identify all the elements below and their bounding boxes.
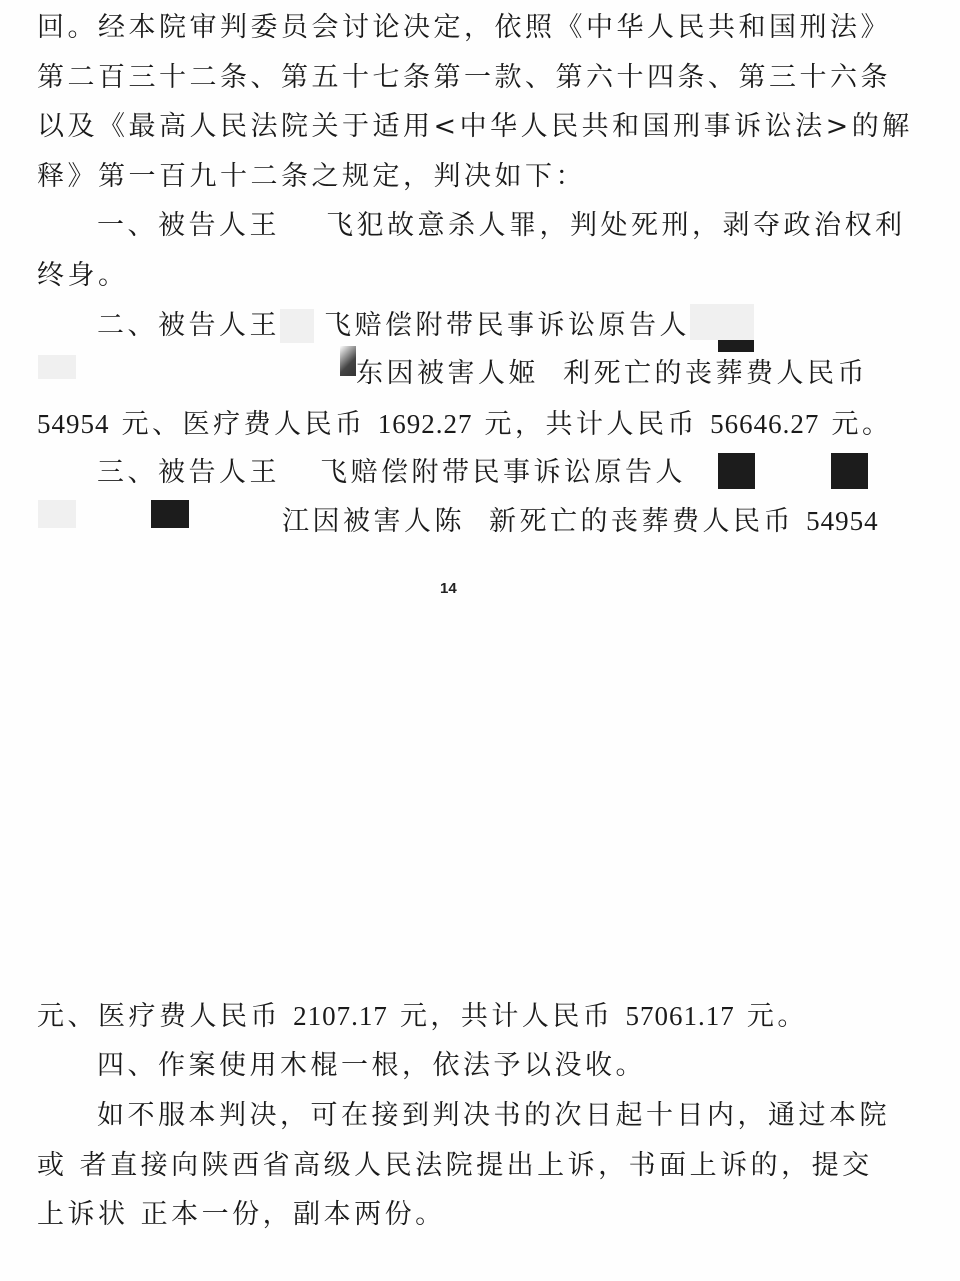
redaction-box [690, 304, 754, 340]
redaction-box [38, 355, 76, 379]
victim-2-text-a: 江因被害人陈 [282, 506, 465, 538]
verdict-item-2: 二、被告人王飞赔偿附带民事诉讼原告人 [97, 309, 937, 343]
appeal-notice-line-1: 如不服本判决，可在接到判决书的次日起十日内，通过本院 [97, 1100, 937, 1132]
verdict-item-3-prefix: 三、被告人王 [97, 457, 280, 489]
amount-medical-1: 1692.27 [378, 408, 473, 440]
appeal-notice-line-3: 上诉状 正本一份，副本两份。 [37, 1199, 877, 1231]
text-line-3: 以及《最高人民法院关于适用<中华人民共和国刑事诉讼法>的解 [37, 111, 877, 143]
redaction-box [280, 309, 314, 343]
redaction-box [151, 500, 189, 528]
text-line-12: 元、医疗费人民币 2107.17 元，共计人民币 57061.17 元。 [37, 1000, 877, 1033]
verdict-item-4: 四、作案使用木棍一根，依法予以没收。 [97, 1050, 937, 1082]
text-line-2: 第二百三十二条、第五十七条第一款、第六十四条、第三十六条 [37, 62, 877, 94]
text-line-1: 回。经本院审判委员会讨论决定，依照《中华人民共和国刑法》 [37, 12, 877, 44]
text-segment: 元，共计人民币 [485, 409, 699, 441]
verdict-item-3: 三、被告人王飞赔偿附带民事诉讼原告人 [97, 457, 937, 489]
redaction-box [340, 346, 356, 376]
amount-total-1: 56646.27 [710, 408, 819, 440]
appeal-notice-line-2: 或 者直接向陕西省高级人民法院提出上诉，书面上诉的，提交 [37, 1150, 877, 1182]
text-line-9: 54954 元、医疗费人民币 1692.27 元，共计人民币 56646.27 … [37, 408, 877, 441]
page-number: 14 [440, 580, 457, 597]
text-segment: 元。 [831, 409, 892, 441]
verdict-item-1-text: 飞犯故意杀人罪，判处死刑，剥夺政治权利 [326, 210, 906, 242]
text-line-11: 江因被害人陈新死亡的丧葬费人民币 54954 [282, 505, 882, 538]
verdict-item-2-text: 飞赔偿附带民事诉讼原告人 [324, 310, 690, 342]
redaction-box [718, 453, 755, 489]
text-line-4: 释》第一百九十二条之规定，判决如下： [37, 161, 877, 193]
verdict-item-3-text: 飞赔偿附带民事诉讼原告人 [320, 457, 686, 489]
verdict-item-1: 一、被告人王飞犯故意杀人罪，判处死刑，剥夺政治权利 [97, 210, 937, 242]
redaction-box [718, 340, 754, 352]
text-segment: 元。 [747, 1001, 808, 1033]
text-line-6: 终身。 [37, 260, 877, 292]
amount-total-2: 57061.17 [626, 1000, 735, 1032]
redaction-box [831, 453, 868, 489]
text-line-8: 东因被害人姬利死亡的丧葬费人民币 [356, 358, 876, 390]
document-page: 回。经本院审判委员会讨论决定，依照《中华人民共和国刑法》 第二百三十二条、第五十… [0, 0, 960, 1281]
redaction-box [38, 500, 76, 528]
amount-funeral-2: 54954 [806, 505, 879, 537]
verdict-item-1-prefix: 一、被告人王 [97, 210, 280, 242]
amount-medical-2: 2107.17 [293, 1000, 388, 1032]
victim-1-text-a: 东因被害人姬 [356, 358, 539, 390]
text-segment: 元，共计人民币 [400, 1001, 614, 1033]
victim-2-text-b: 新死亡的丧葬费人民币 [489, 506, 794, 538]
verdict-item-2-prefix: 二、被告人王 [97, 310, 280, 342]
amount-funeral-1: 54954 [37, 408, 110, 440]
victim-1-text-b: 利死亡的丧葬费人民币 [563, 358, 868, 390]
text-segment: 元、医疗费人民币 [37, 1001, 281, 1033]
text-segment: 元、医疗费人民币 [122, 409, 366, 441]
